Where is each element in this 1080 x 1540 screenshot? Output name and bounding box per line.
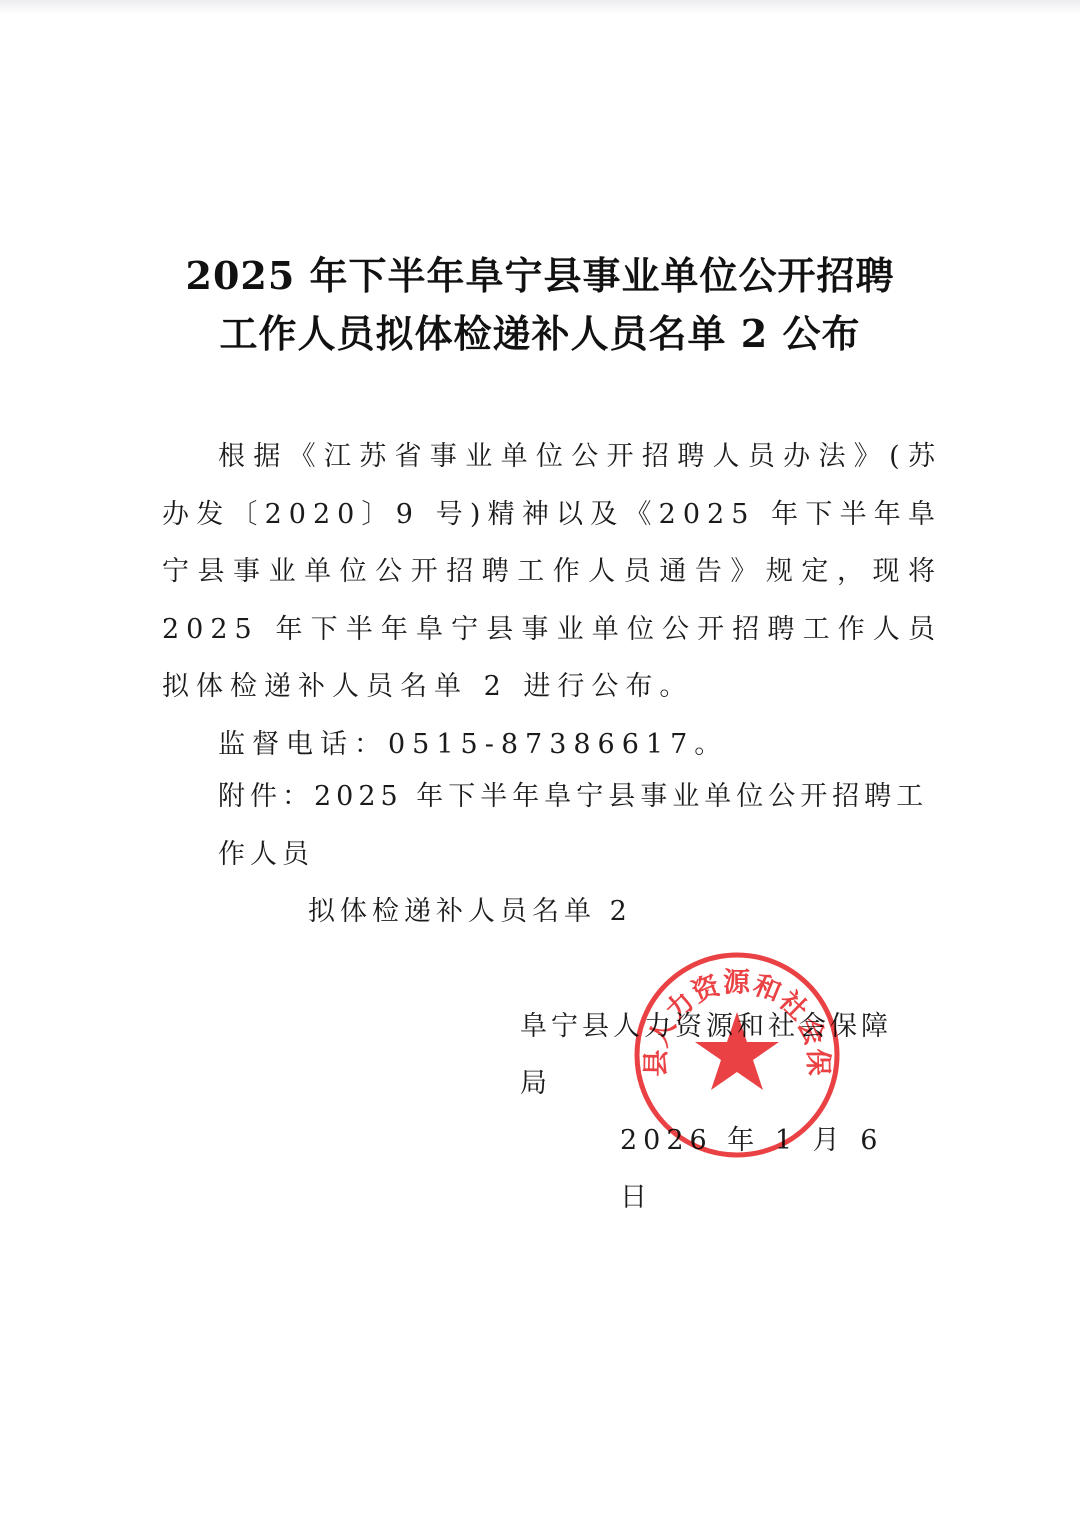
title-line-2: 工作人员拟体检递补人员名单 2 公布 [0, 305, 1080, 363]
main-paragraph: 根据《江苏省事业单位公开招聘人员办法》(苏办发〔2020〕9 号)精神以及《20… [162, 428, 942, 716]
attachment-label: 附件： [218, 781, 314, 812]
title-line-1: 2025 年下半年阜宁县事业单位公开招聘 [0, 247, 1080, 305]
star-icon [695, 1012, 779, 1090]
attachment-title-line-2: 拟体检递补人员名单 2 [218, 883, 948, 941]
official-seal-icon: 阜宁县人力资源和社会保障局 [632, 950, 842, 1160]
document-body: 根据《江苏省事业单位公开招聘人员办法》(苏办发〔2020〕9 号)精神以及《20… [162, 428, 942, 773]
scan-edge [0, 0, 1080, 14]
document-title: 2025 年下半年阜宁县事业单位公开招聘 工作人员拟体检递补人员名单 2 公布 [0, 247, 1080, 363]
attachment-title-line-1: 2025 年下半年阜宁县事业单位公开招聘工作人员 [218, 781, 928, 870]
supervision-phone: 监督电话：0515-87386617。 [162, 716, 942, 774]
attachment-note: 附件：2025 年下半年阜宁县事业单位公开招聘工作人员 拟体检递补人员名单 2 [218, 768, 948, 941]
